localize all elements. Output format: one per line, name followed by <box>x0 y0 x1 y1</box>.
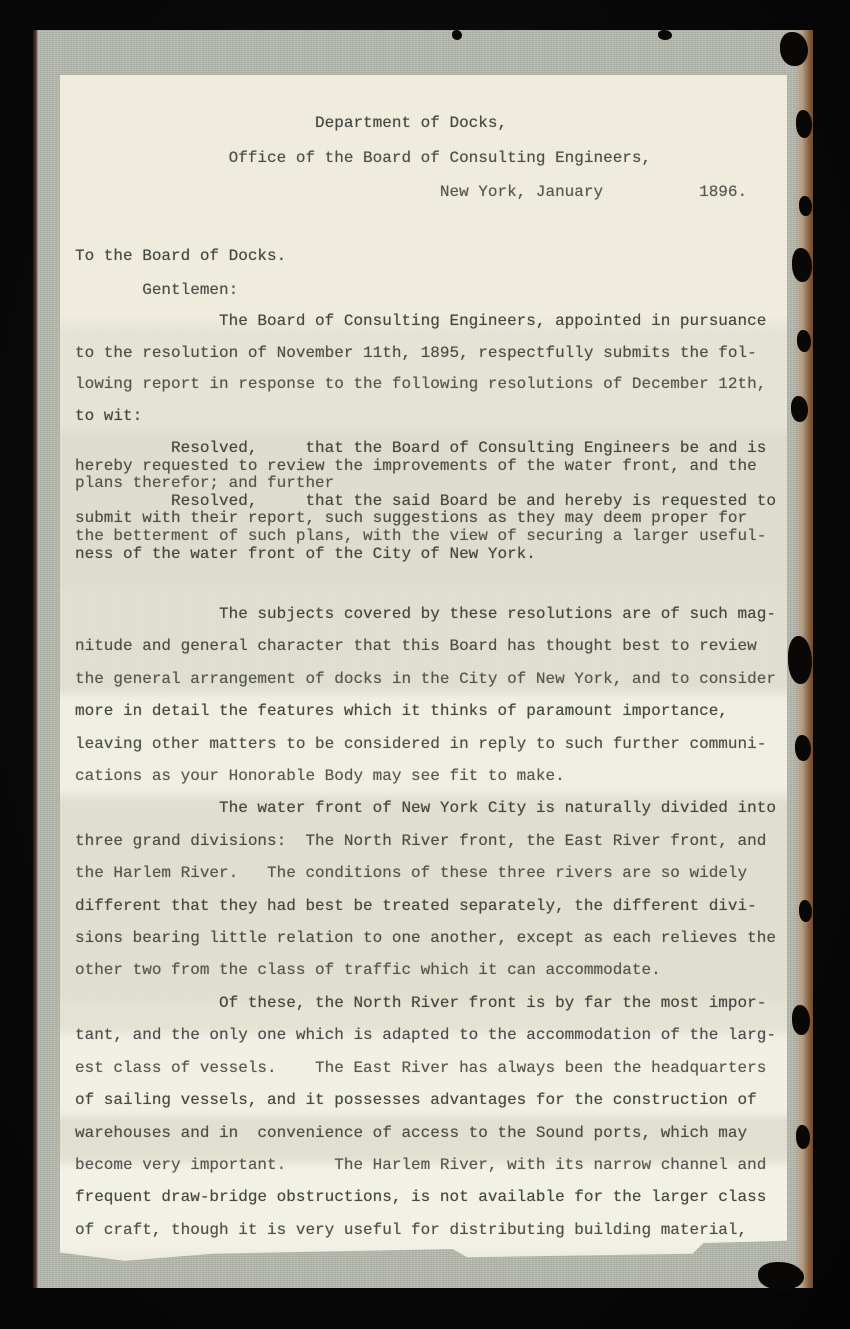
report-body: The subjects covered by these resolution… <box>75 598 787 1246</box>
text-line: three grand divisions: The North River f… <box>75 825 787 857</box>
text-line: lowing report in response to the followi… <box>75 369 787 401</box>
torn-notch <box>758 1262 804 1290</box>
resolutions-block: Resolved, that the Board of Consulting E… <box>75 440 787 563</box>
torn-notch <box>658 30 672 40</box>
torn-notch <box>792 248 812 282</box>
opening-paragraph: The Board of Consulting Engineers, appoi… <box>75 306 787 432</box>
text-line: other two from the class of traffic whic… <box>75 954 787 986</box>
text-line: sions bearing little relation to one ano… <box>75 922 787 954</box>
text-line: different that they had best be treated … <box>75 890 787 922</box>
text-line: plans therefor; and further <box>75 475 787 493</box>
torn-notch <box>799 196 812 216</box>
torn-notch <box>780 32 808 66</box>
text-line: nitude and general character that this B… <box>75 630 787 662</box>
text-line: to the resolution of November 11th, 1895… <box>75 338 787 370</box>
torn-notch <box>796 110 812 138</box>
text-line: Department of Docks, <box>75 106 787 141</box>
text-line: become very important. The Harlem River,… <box>75 1149 787 1181</box>
text-line: of sailing vessels, and it possesses adv… <box>75 1084 787 1116</box>
text-line: hereby requested to review the improveme… <box>75 458 787 476</box>
text-line: New York, January 1896. <box>75 175 787 210</box>
text-line: ness of the water front of the City of N… <box>75 546 787 564</box>
torn-notch <box>452 30 462 40</box>
torn-notch <box>788 636 812 684</box>
photo-background: Department of Docks, Office of the Board… <box>0 0 850 1329</box>
text-line: The water front of New York City is natu… <box>75 792 787 824</box>
typed-sheet: Department of Docks, Office of the Board… <box>60 75 787 1262</box>
text-line: the Harlem River. The conditions of thes… <box>75 857 787 889</box>
text-line: cations as your Honorable Body may see f… <box>75 760 787 792</box>
text-line: warehouses and in convenience of access … <box>75 1117 787 1149</box>
text-line: The subjects covered by these resolution… <box>75 598 787 630</box>
text-line: more in detail the features which it thi… <box>75 695 787 727</box>
salutation: To the Board of Docks. Gentlemen: <box>75 239 787 307</box>
text-line: submit with their report, such suggestio… <box>75 510 787 528</box>
text-line: The Board of Consulting Engineers, appoi… <box>75 306 787 338</box>
torn-notch <box>799 900 812 922</box>
text-line: Office of the Board of Consulting Engine… <box>75 141 787 176</box>
text-line: Of these, the North River front is by fa… <box>75 987 787 1019</box>
text-line: est class of vessels. The East River has… <box>75 1052 787 1084</box>
text-line: Resolved, that the Board of Consulting E… <box>75 440 787 458</box>
letterhead: Department of Docks, Office of the Board… <box>75 106 787 210</box>
text-line: tant, and the only one which is adapted … <box>75 1019 787 1051</box>
text-line: leaving other matters to be considered i… <box>75 728 787 760</box>
torn-notch <box>791 396 808 422</box>
text-line: to wit: <box>75 401 787 433</box>
backing-left-edge <box>33 30 38 1288</box>
torn-notch <box>795 735 811 761</box>
torn-notch <box>792 1005 810 1035</box>
text-line: the general arrangement of docks in the … <box>75 663 787 695</box>
torn-notch <box>796 1125 810 1149</box>
torn-notch <box>797 330 811 352</box>
text-line: To the Board of Docks. <box>75 239 787 273</box>
text-line: Gentlemen: <box>75 273 787 307</box>
text-line: the betterment of such plans, with the v… <box>75 528 787 546</box>
text-line: frequent draw-bridge obstructions, is no… <box>75 1181 787 1213</box>
text-line: of craft, though it is very useful for d… <box>75 1214 787 1246</box>
text-line: Resolved, that the said Board be and her… <box>75 493 787 511</box>
